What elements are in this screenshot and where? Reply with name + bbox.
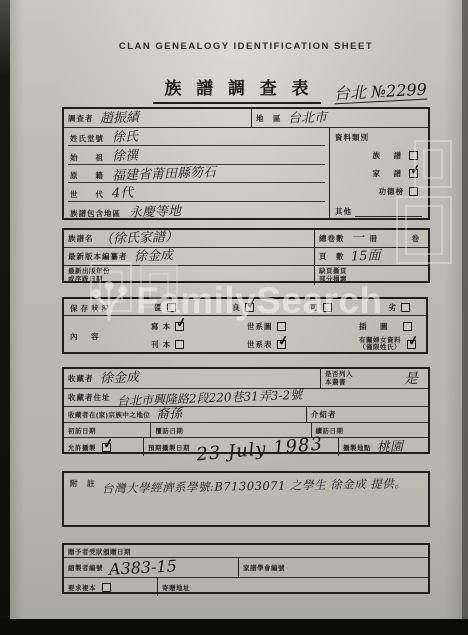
manuscript-label: 寫 本 [151, 321, 171, 332]
filming-date-label: 預期攝製日期 [148, 443, 190, 452]
filming-row: 允許攝製 預期攝製日期 23 July 1983 攝製地點 桃園 [64, 438, 428, 456]
category-option: 族 譜 [335, 150, 422, 161]
filmer-number-label: 縮製者編號 [68, 563, 103, 572]
coverage-value: 永慶等地 [129, 205, 181, 220]
copy-request-label: 要求複本 [68, 583, 96, 592]
condition-excellent-label: 優 [154, 302, 163, 313]
genealogy-title-label: 族譜名 [68, 233, 94, 244]
content-women-data: 有關婦女資料 （僅限姓氏） [359, 337, 418, 352]
founder-value: 徐禩 [112, 149, 138, 163]
generations-label: 世 代 [70, 189, 104, 200]
award-date-row: 贈予者受狀頒贈日期 [64, 545, 428, 558]
surveyor-row: 調查者 趙振績 地 區 台北市 [64, 109, 428, 128]
preface-date-label: 或序跋日期 [68, 276, 110, 283]
filming-date-value: 23 July 1983 [196, 435, 324, 464]
coverage-label: 族譜包含地區 [70, 208, 121, 219]
clan-name-row: 姓氏堂號 徐氏 [68, 128, 325, 146]
illustrations-label: 插 圖 [359, 321, 391, 332]
pub-year-label: 最新出版年份 [68, 268, 110, 275]
filming-place-label: 攝製地點 [343, 443, 371, 452]
holder-name-value: 徐金成 [99, 371, 138, 385]
visit-dates-row: 初訪日期 覆訪日期 續訪日期 [64, 423, 428, 438]
category-other-label: 其他 [335, 206, 352, 217]
publication-row: 最新出版年份 或序跋日期 缺頁撕頁 部分損壞 [64, 266, 428, 285]
origin-row: 原 籍 福建省莆田縣笏石 [68, 165, 325, 183]
award-date-label: 贈予者受狀頒贈日期 [68, 547, 131, 556]
origin-label: 原 籍 [70, 170, 104, 181]
listed-value: 是 [404, 371, 418, 385]
generations-value: 4代 [112, 186, 134, 200]
pedigree-table-label: 世系表 [247, 339, 273, 350]
category-gongde-checkbox [409, 187, 418, 196]
condition-option: 可 [310, 302, 332, 313]
scanned-genealogy-form: CLAN GENEALOGY IDENTIFICATION SHEET 族 譜 … [0, 0, 468, 635]
content-printed: 刊 本 [151, 339, 247, 350]
listed-label: 是否列入 [325, 371, 353, 378]
condition-poor-label: 劣 [388, 302, 397, 313]
compiler-row: 最新版本編纂者 徐金成 頁 數 15面 [64, 248, 428, 266]
scan-edge-left [0, 0, 10, 635]
pages-value: 15面 [350, 249, 380, 263]
film-number-row: 縮製者編號 A383-15 家譜學會編號 [64, 558, 428, 578]
genealogy-title-value: （徐氏家譜） [99, 231, 177, 247]
content-pedigree-table: 世系表 [247, 339, 359, 350]
women-data-sublabel: （僅限姓氏） [359, 344, 401, 351]
volumes-unit-juan: 卷 [412, 233, 425, 244]
data-category-label: 資料類別 [335, 132, 422, 143]
clan-name-label: 姓氏堂號 [70, 133, 104, 144]
genealogy-title-row: 族譜名 （徐氏家譜） 總卷數 一 冊 卷 [64, 230, 428, 248]
holder-address-label: 收藏者住址 [68, 392, 111, 403]
volume-info-block: 族譜名 （徐氏家譜） 總卷數 一 冊 卷 最新版本編纂者 徐金成 頁 數 15面 [62, 228, 430, 283]
holder-position-label: 收藏者在(家)宗族中之地位 [68, 410, 150, 419]
founder-label: 始 祖 [70, 152, 104, 163]
data-category-box: 資料類別 族 譜 家 譜 功德榜 其他 [329, 128, 428, 220]
volumes-value: 一 [350, 232, 363, 245]
scan-edge-right [462, 0, 468, 635]
notes-value: 台灣大學經濟系學號:B71303071 之學生 徐金成 提供。 [101, 475, 406, 496]
condition-fair-checkbox [323, 303, 332, 312]
printed-checkbox [175, 340, 184, 349]
category-zupu-checkbox [409, 151, 418, 160]
holder-position-row: 收藏者在(家)宗族中之地位 裔孫 介紹者 [64, 407, 428, 423]
holder-position-value: 裔孫 [156, 408, 182, 422]
condition-poor-checkbox [401, 303, 410, 312]
filming-permission-checkbox [102, 443, 111, 452]
surveyor-label: 調查者 [68, 113, 94, 124]
introducer-label: 介紹者 [311, 409, 337, 420]
founder-row: 始 祖 徐禩 [68, 146, 325, 164]
region-value: 台北市 [287, 111, 326, 125]
condition-excellent-checkbox [167, 303, 176, 312]
category-jiapu-label: 家 譜 [373, 168, 405, 179]
printed-label: 刊 本 [151, 339, 171, 350]
category-other-row: 其他 [335, 206, 422, 217]
category-zupu-label: 族 譜 [373, 150, 405, 161]
basic-info-block: 調查者 趙振績 地 區 台北市 姓氏堂號 徐氏 始 祖 徐禩 原 籍 [62, 107, 430, 220]
coverage-row: 族譜包含地區 永慶等地 [68, 202, 325, 220]
condition-good-label: 良 [232, 302, 241, 313]
holder-address-row: 收藏者住址 台北市興隆路2段220巷31弄3-2號 [64, 389, 428, 407]
category-option: 家 譜 [335, 168, 422, 179]
region-label: 地 區 [256, 113, 282, 124]
holder-block: 收藏者 徐金成 是否列入 本叢書 是 收藏者住址 台北市興隆路2段220巷31弄… [62, 367, 430, 454]
origin-value: 福建省莆田縣笏石 [112, 166, 216, 183]
content-label: 內 容 [70, 331, 102, 342]
missing-pages-label: 缺頁撕頁 [319, 268, 347, 275]
content-pedigree-chart: 世系圖 [247, 321, 359, 332]
admin-block: 贈予者受狀頒贈日期 縮製者編號 A383-15 家譜學會編號 要求複本 寄贈地址 [62, 543, 430, 594]
pages-label: 頁 數 [319, 251, 345, 262]
compiler-label: 最新版本編纂者 [68, 251, 128, 262]
condition-label: 保存狀況 [70, 304, 112, 313]
pedigree-table-checkbox [277, 340, 286, 349]
holder-name-row: 收藏者 徐金成 是否列入 本叢書 是 [64, 369, 428, 389]
revisit-label: 覆訪日期 [155, 426, 183, 435]
filming-permission-label: 允許攝製 [68, 443, 96, 452]
illustrations-checkbox [403, 322, 412, 331]
content-illustrations: 插 圖 [359, 321, 418, 332]
content-row: 內 容 寫 本 世系圖 插 圖 [64, 315, 426, 356]
generations-row: 世 代 4代 [68, 183, 325, 201]
volumes-unit-ce: 冊 [370, 233, 379, 244]
partial-damage-label: 部分損壞 [319, 276, 347, 283]
condition-option: 優 [154, 302, 176, 313]
condition-option: 良 [232, 302, 254, 313]
condition-content-block: 保存狀況 優 良 可 劣 內 [62, 297, 428, 354]
sheet-title-en: CLAN GENEALOGY IDENTIFICATION SHEET [62, 41, 430, 52]
registry-number: 台北 №2299 [334, 84, 427, 102]
category-gongde-label: 功德榜 [379, 186, 405, 197]
condition-row: 保存狀況 優 良 可 劣 [64, 299, 426, 315]
pedigree-chart-checkbox [277, 322, 286, 331]
first-visit-label: 初訪日期 [68, 426, 96, 435]
listed-sublabel: 本叢書 [325, 379, 353, 386]
category-other-line [355, 208, 422, 217]
copy-request-row: 要求複本 寄贈地址 [64, 578, 428, 596]
women-data-checkbox [407, 340, 416, 349]
manuscript-checkbox [175, 322, 184, 331]
compiler-value: 徐金成 [133, 249, 172, 263]
category-jiapu-checkbox [409, 169, 418, 178]
notes-block: 附 註 台灣大學經濟系學號:B71303071 之學生 徐金成 提供。 [62, 471, 430, 527]
form-title: 族 譜 調 查 表 [153, 74, 322, 104]
content-manuscript: 寫 本 [151, 321, 247, 332]
holder-address-value: 台北市興隆路2段220巷31弄3-2號 [116, 388, 301, 406]
pedigree-chart-label: 世系圖 [247, 321, 273, 332]
condition-good-checkbox [245, 303, 254, 312]
condition-option: 劣 [388, 302, 410, 313]
copy-request-checkbox [102, 583, 111, 592]
notes-label: 附 註 [70, 478, 96, 489]
mailing-address-label: 寄贈地址 [162, 583, 190, 592]
scan-edge-bottom [0, 619, 468, 635]
society-number-label: 家譜學會編號 [243, 563, 285, 572]
surveyor-value: 趙振績 [99, 111, 138, 125]
registry-number-hand: 台北 №2299 [334, 82, 428, 105]
volumes-label: 總卷數 [319, 233, 345, 244]
category-option: 功德榜 [335, 186, 422, 197]
women-data-label: 有關婦女資料 [359, 337, 401, 344]
clan-name-value: 徐氏 [112, 131, 138, 145]
holder-name-label: 收藏者 [68, 373, 94, 384]
filming-place-value: 桃園 [377, 440, 403, 454]
filmer-number-value: A383-15 [109, 558, 178, 578]
condition-fair-label: 可 [310, 302, 319, 313]
